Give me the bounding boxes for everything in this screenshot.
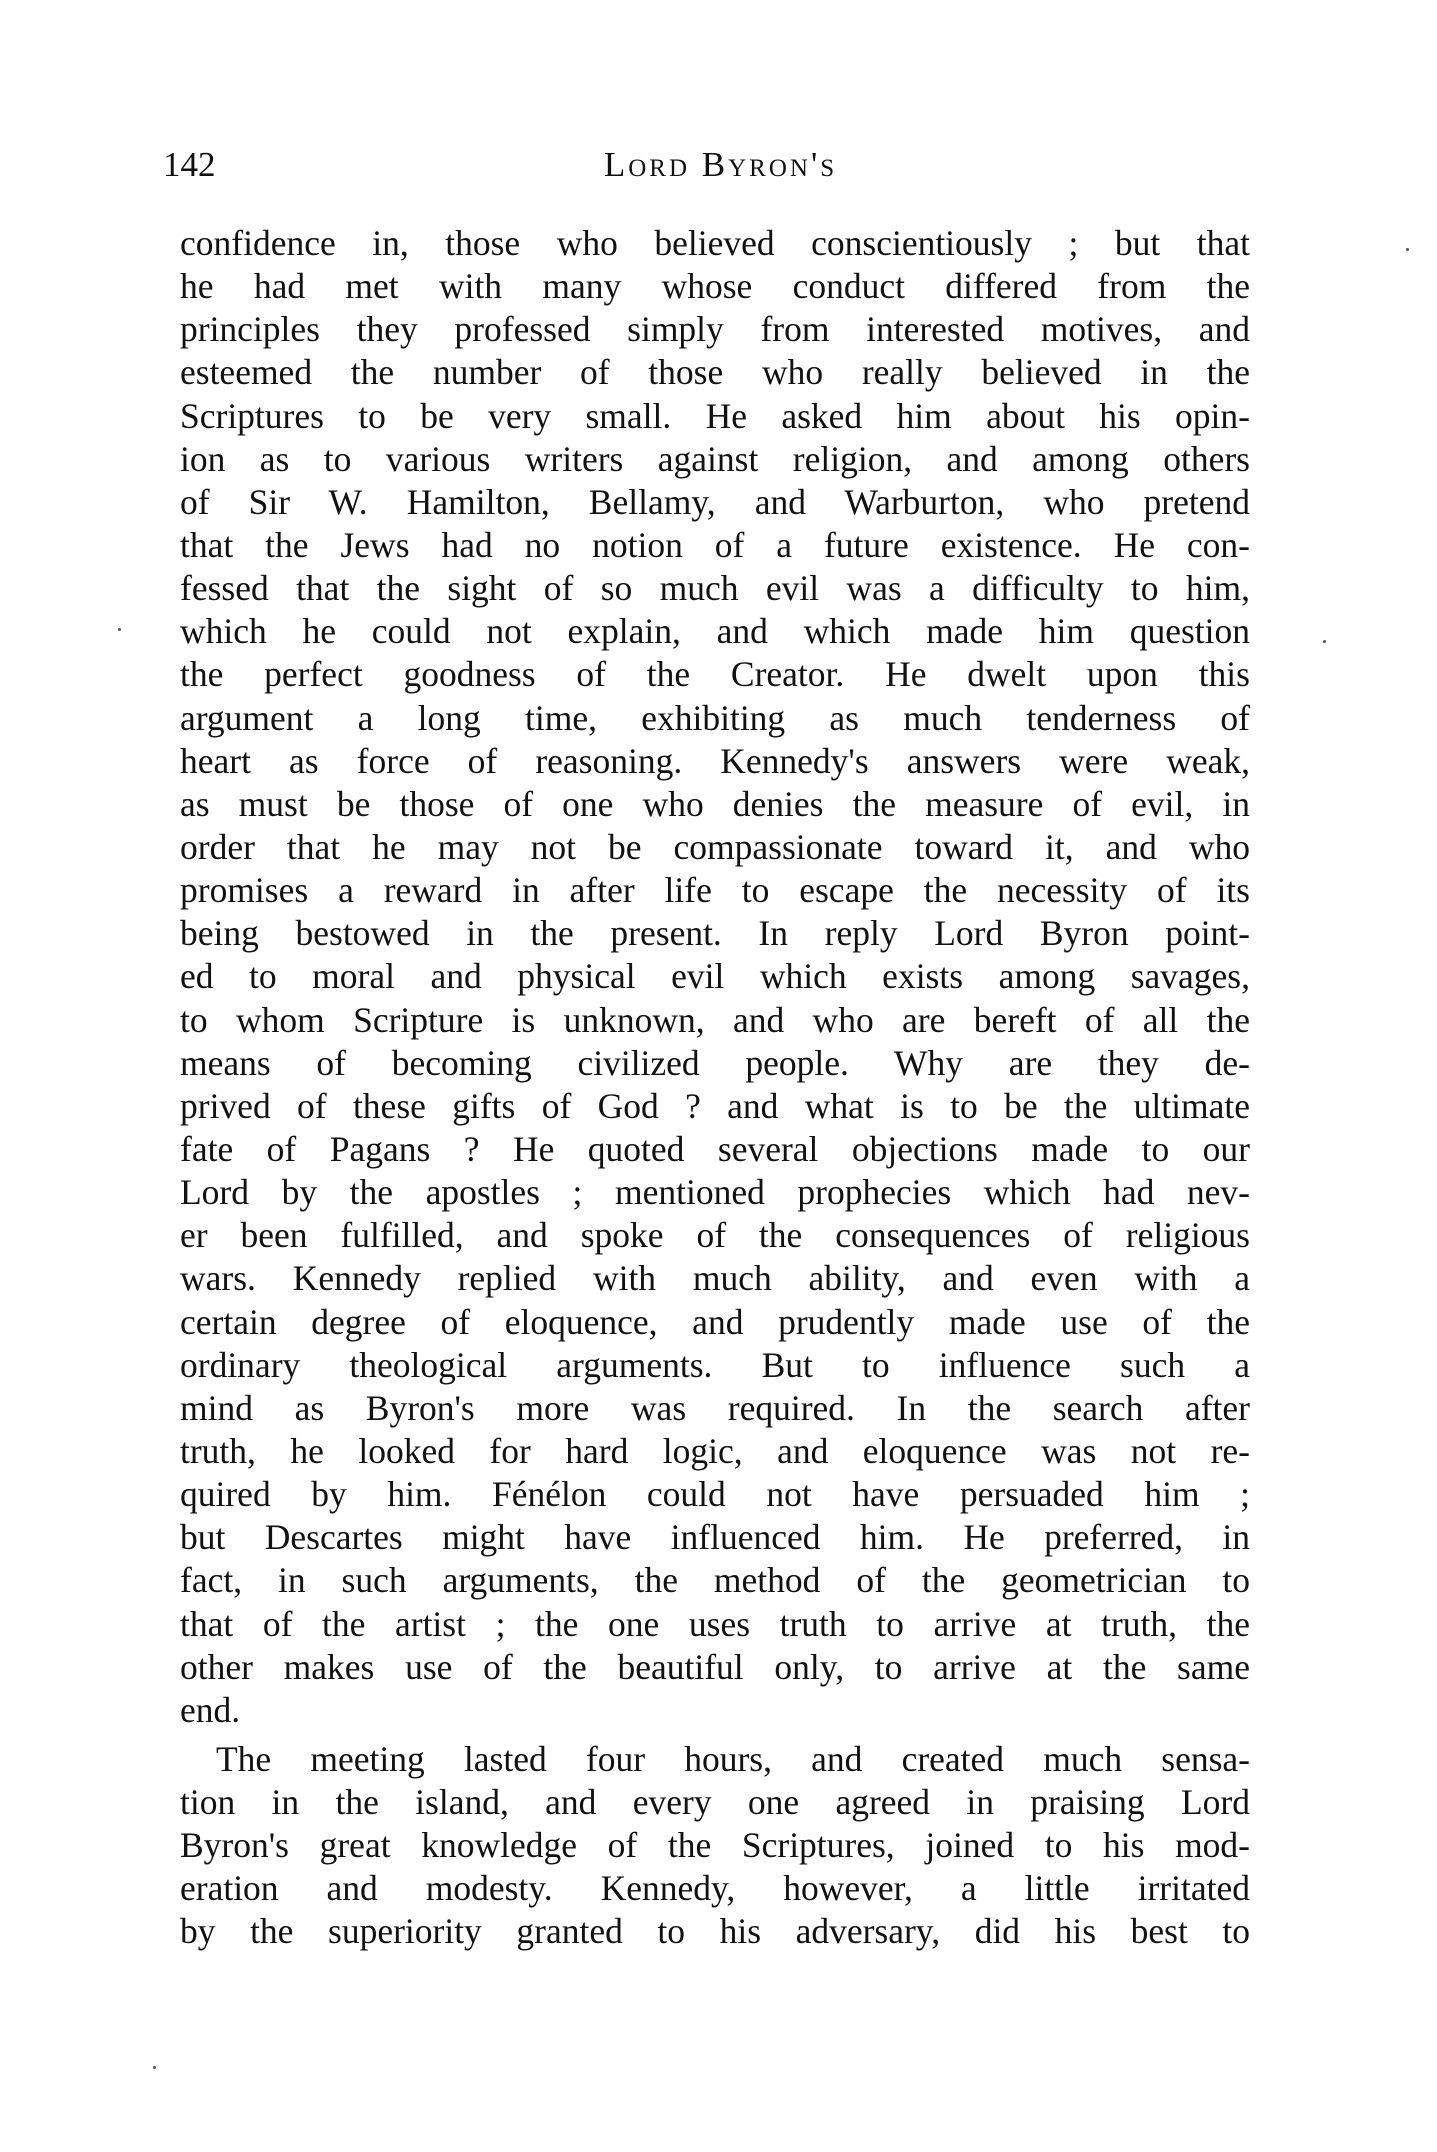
text-line: ed to moral and physical evil which exis… [180, 955, 1250, 998]
text-line: quired by him. Fénélon could not have pe… [180, 1473, 1250, 1516]
running-head: 142 Lord Byron's [163, 143, 1248, 187]
text-line: The meeting lasted four hours, and creat… [180, 1738, 1250, 1781]
text-line: truth, he looked for hard logic, and elo… [180, 1430, 1250, 1473]
book-page: 142 Lord Byron's confidence in, those wh… [0, 0, 1437, 2152]
text-line: means of becoming civilized people. Why … [180, 1042, 1250, 1085]
text-line: Scriptures to be very small. He asked hi… [180, 395, 1250, 438]
text-line: Lord by the apostles ; mentioned prophec… [180, 1171, 1250, 1214]
scan-speck [1323, 640, 1326, 643]
text-line: of Sir W. Hamilton, Bellamy, and Warburt… [180, 481, 1250, 524]
text-line: the perfect goodness of the Creator. He … [180, 653, 1250, 696]
text-line: fate of Pagans ? He quoted several objec… [180, 1128, 1250, 1171]
text-line: that the Jews had no notion of a future … [180, 524, 1250, 567]
text-line: promises a reward in after life to escap… [180, 869, 1250, 912]
text-line: heart as force of reasoning. Kennedy's a… [180, 740, 1250, 783]
text-line: being bestowed in the present. In reply … [180, 912, 1250, 955]
scan-speck [153, 2066, 156, 2069]
text-line: as must be those of one who denies the m… [180, 783, 1250, 826]
text-line: he had met with many whose conduct diffe… [180, 265, 1250, 308]
paragraph-1: confidence in, those who believed consci… [180, 222, 1250, 1732]
text-line: certain degree of eloquence, and prudent… [180, 1301, 1250, 1344]
text-line: which he could not explain, and which ma… [180, 610, 1250, 653]
text-line: that of the artist ; the one uses truth … [180, 1603, 1250, 1646]
text-line: to whom Scripture is unknown, and who ar… [180, 999, 1250, 1042]
text-line: other makes use of the beautiful only, t… [180, 1646, 1250, 1689]
text-line: er been fulfilled, and spoke of the cons… [180, 1214, 1250, 1257]
text-line: Byron's great knowledge of the Scripture… [180, 1824, 1250, 1867]
text-line: ion as to various writers against religi… [180, 438, 1250, 481]
text-line: tion in the island, and every one agreed… [180, 1781, 1250, 1824]
text-line: by the superiority granted to his advers… [180, 1910, 1250, 1953]
text-line: mind as Byron's more was required. In th… [180, 1387, 1250, 1430]
text-line: principles they professed simply from in… [180, 308, 1250, 351]
text-line: eration and modesty. Kennedy, however, a… [180, 1867, 1250, 1910]
text-line: esteemed the number of those who really … [180, 351, 1250, 394]
text-line: wars. Kennedy replied with much ability,… [180, 1257, 1250, 1300]
text-line: order that he may not be compassionate t… [180, 826, 1250, 869]
text-line: confidence in, those who believed consci… [180, 222, 1250, 265]
text-line: argument a long time, exhibiting as much… [180, 697, 1250, 740]
text-line: fessed that the sight of so much evil wa… [180, 567, 1250, 610]
text-line: ordinary theological arguments. But to i… [180, 1344, 1250, 1387]
body-text: confidence in, those who believed consci… [180, 222, 1250, 1954]
paragraph-2: The meeting lasted four hours, and creat… [180, 1738, 1250, 1954]
text-line: fact, in such arguments, the method of t… [180, 1559, 1250, 1602]
scan-speck [118, 628, 121, 631]
text-line: end. [180, 1689, 1250, 1732]
text-line: but Descartes might have influenced him.… [180, 1516, 1250, 1559]
scan-speck [1406, 248, 1409, 251]
text-line: prived of these gifts of God ? and what … [180, 1085, 1250, 1128]
running-title: Lord Byron's [163, 143, 1248, 187]
